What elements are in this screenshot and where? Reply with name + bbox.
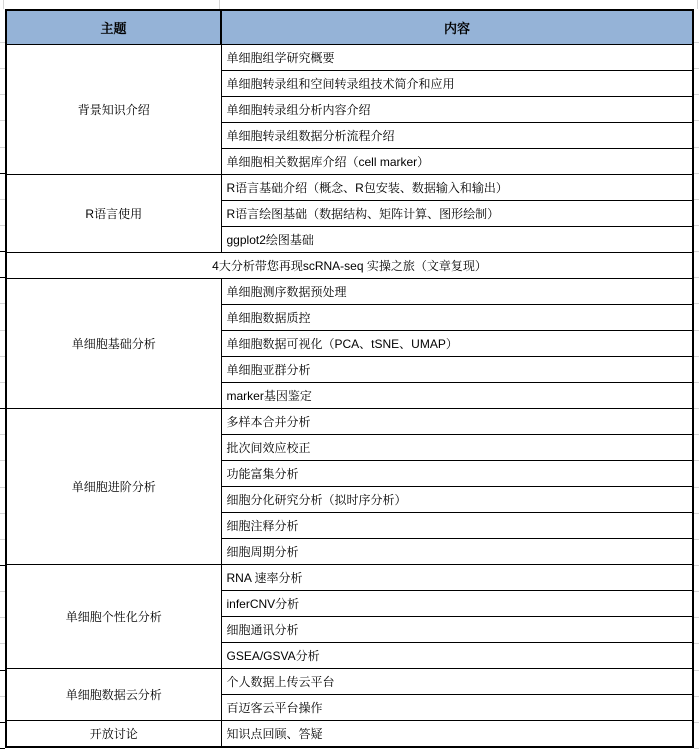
gridline-right-row [694, 303, 699, 304]
gridline-left-row [0, 434, 5, 435]
topic-cell: 单细胞进阶分析 [6, 408, 221, 564]
gridline-left-row [0, 617, 5, 618]
content-cell: 单细胞相关数据库介绍（cell marker） [221, 148, 693, 174]
gridline-right-row [694, 68, 699, 69]
table-row: 开放讨论知识点回顾、答疑 [6, 720, 693, 747]
gridline-right-row [694, 539, 699, 540]
gridline-right-row [694, 748, 699, 749]
gridline-left-row [0, 722, 5, 723]
header-row: 主题 内容 [6, 10, 693, 45]
content-cell: marker基因鉴定 [221, 382, 693, 408]
gridline-left-row [0, 565, 5, 566]
gridline-right-row [694, 120, 699, 121]
gridline-left-row [0, 147, 5, 148]
content-cell: 知识点回顾、答疑 [221, 720, 693, 747]
topic-cell: 背景知识介绍 [6, 45, 221, 175]
gridline-left-row [0, 251, 5, 252]
content-cell: 单细胞转录组数据分析流程介绍 [221, 122, 693, 148]
gridline-left-row [0, 277, 5, 278]
gridline-left-row [0, 225, 5, 226]
content-cell: ggplot2绘图基础 [221, 226, 693, 252]
content-cell: 百迈客云平台操作 [221, 694, 693, 720]
gridline-right-row [694, 487, 699, 488]
content-cell: 个人数据上传云平台 [221, 668, 693, 694]
gridline-top-left [3, 0, 4, 9]
table-row: 单细胞个性化分析RNA 速率分析 [6, 564, 693, 590]
content-cell: 细胞通讯分析 [221, 616, 693, 642]
topic-cell: 单细胞基础分析 [6, 278, 221, 408]
gridline-top-middle [219, 0, 220, 9]
gridline-right-row [694, 147, 699, 148]
topic-cell: 单细胞个性化分析 [6, 564, 221, 668]
table-body: 背景知识介绍单细胞组学研究概要单细胞转录组和空间转录组技术简介和应用单细胞转录组… [6, 45, 693, 748]
gridline-left-row [0, 356, 5, 357]
content-cell: 细胞分化研究分析（拟时序分析） [221, 486, 693, 512]
gridline-right-row [694, 591, 699, 592]
content-cell: 单细胞数据可视化（PCA、tSNE、UMAP） [221, 330, 693, 356]
gridline-left-row [0, 42, 5, 43]
gridline-left-row [0, 173, 5, 174]
topic-cell: 开放讨论 [6, 720, 221, 747]
spanning-cell: 4大分析带您再现scRNA-seq 实操之旅（文章复现） [6, 252, 693, 278]
topic-cell: R语言使用 [6, 174, 221, 252]
spanning-row: 4大分析带您再现scRNA-seq 实操之旅（文章复现） [6, 252, 693, 278]
gridline-right-row [694, 225, 699, 226]
gridline-right-row [694, 251, 699, 252]
gridline-right-row [694, 722, 699, 723]
gridline-top-right [697, 0, 698, 9]
content-cell: 单细胞转录组和空间转录组技术简介和应用 [221, 70, 693, 96]
gridline-right-row [694, 643, 699, 644]
gridline-right-row [694, 277, 699, 278]
gridline-right-row [694, 434, 699, 435]
table-header: 主题 内容 [6, 10, 693, 45]
gridline-right-row [694, 356, 699, 357]
gridline-left-row [0, 539, 5, 540]
gridline-right-row [694, 696, 699, 697]
content-cell: inferCNV分析 [221, 590, 693, 616]
gridline-left-row [0, 120, 5, 121]
table-row: 单细胞数据云分析个人数据上传云平台 [6, 668, 693, 694]
content-cell: R语言基础介绍（概念、R包安装、数据输入和输出） [221, 174, 693, 200]
header-topic: 主题 [6, 10, 221, 45]
gridline-left-row [0, 303, 5, 304]
gridline-left-row [0, 199, 5, 200]
table-row: 单细胞进阶分析多样本合并分析 [6, 408, 693, 434]
page-canvas: 主题 内容 背景知识介绍单细胞组学研究概要单细胞转录组和空间转录组技术简介和应用… [0, 0, 699, 755]
gridline-right-row [694, 617, 699, 618]
header-content: 内容 [221, 10, 693, 45]
gridline-left-row [0, 748, 5, 749]
gridline-right-row [694, 330, 699, 331]
gridline-right-row [694, 513, 699, 514]
table-row: 单细胞基础分析单细胞测序数据预处理 [6, 278, 693, 304]
gridline-right-row [694, 408, 699, 409]
gridline-left-row [0, 330, 5, 331]
gridline-right-row [694, 382, 699, 383]
content-cell: 多样本合并分析 [221, 408, 693, 434]
content-cell: 批次间效应校正 [221, 434, 693, 460]
gridline-left-row [0, 460, 5, 461]
gridline-left-row [0, 487, 5, 488]
gridline-left-row [0, 68, 5, 69]
gridline-left-row [0, 513, 5, 514]
gridline-right-row [694, 670, 699, 671]
gridline-right-row [694, 199, 699, 200]
gridline-right-row [694, 460, 699, 461]
content-cell: RNA 速率分析 [221, 564, 693, 590]
content-cell: 功能富集分析 [221, 460, 693, 486]
gridline-left-row [0, 643, 5, 644]
content-cell: 单细胞组学研究概要 [221, 45, 693, 71]
gridline-left-row [0, 591, 5, 592]
content-cell: 单细胞转录组分析内容介绍 [221, 96, 693, 122]
content-cell: GSEA/GSVA分析 [221, 642, 693, 668]
gridline-left-row [0, 382, 5, 383]
gridline-left-row [0, 408, 5, 409]
course-syllabus-table: 主题 内容 背景知识介绍单细胞组学研究概要单细胞转录组和空间转录组技术简介和应用… [5, 9, 694, 748]
table-row: R语言使用R语言基础介绍（概念、R包安装、数据输入和输出） [6, 174, 693, 200]
table-row: 背景知识介绍单细胞组学研究概要 [6, 45, 693, 71]
content-cell: 单细胞测序数据预处理 [221, 278, 693, 304]
content-cell: R语言绘图基础（数据结构、矩阵计算、图形绘制） [221, 200, 693, 226]
gridline-right-row [694, 565, 699, 566]
gridline-left-row [0, 94, 5, 95]
gridline-right-row [694, 42, 699, 43]
gridline-right-row [694, 173, 699, 174]
content-cell: 单细胞亚群分析 [221, 356, 693, 382]
gridline-left-row [0, 670, 5, 671]
gridline-right-row [694, 94, 699, 95]
gridline-left-row [0, 696, 5, 697]
content-cell: 细胞周期分析 [221, 538, 693, 564]
topic-cell: 单细胞数据云分析 [6, 668, 221, 720]
content-cell: 细胞注释分析 [221, 512, 693, 538]
content-cell: 单细胞数据质控 [221, 304, 693, 330]
